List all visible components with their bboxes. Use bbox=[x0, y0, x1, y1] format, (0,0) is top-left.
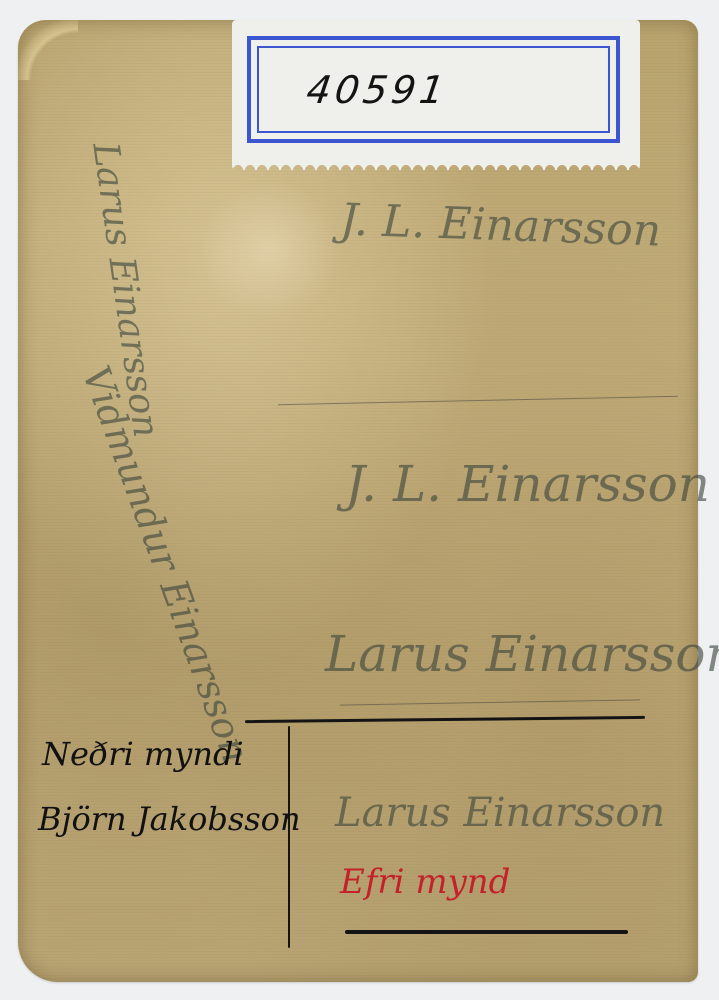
pencil-signature-4: Larus Einarsson bbox=[335, 790, 665, 836]
black-ink-underline bbox=[345, 930, 628, 934]
ink-note-name: Björn Jakobsson bbox=[38, 800, 301, 838]
corner-wear bbox=[18, 20, 78, 80]
ink-note-upper-picture: Efri mynd bbox=[340, 862, 510, 902]
pencil-signature-3: Larus Einarsson bbox=[325, 625, 719, 683]
water-stain bbox=[200, 180, 340, 320]
catalog-label: 40591 bbox=[232, 20, 640, 170]
label-inner-border: 40591 bbox=[257, 46, 610, 133]
label-outer-border: 40591 bbox=[247, 36, 620, 143]
ink-note-lower-picture: Neðri myndi bbox=[42, 735, 244, 773]
pencil-signature-2: J. L. Einarsson bbox=[345, 455, 710, 513]
catalog-number: 40591 bbox=[304, 68, 451, 112]
